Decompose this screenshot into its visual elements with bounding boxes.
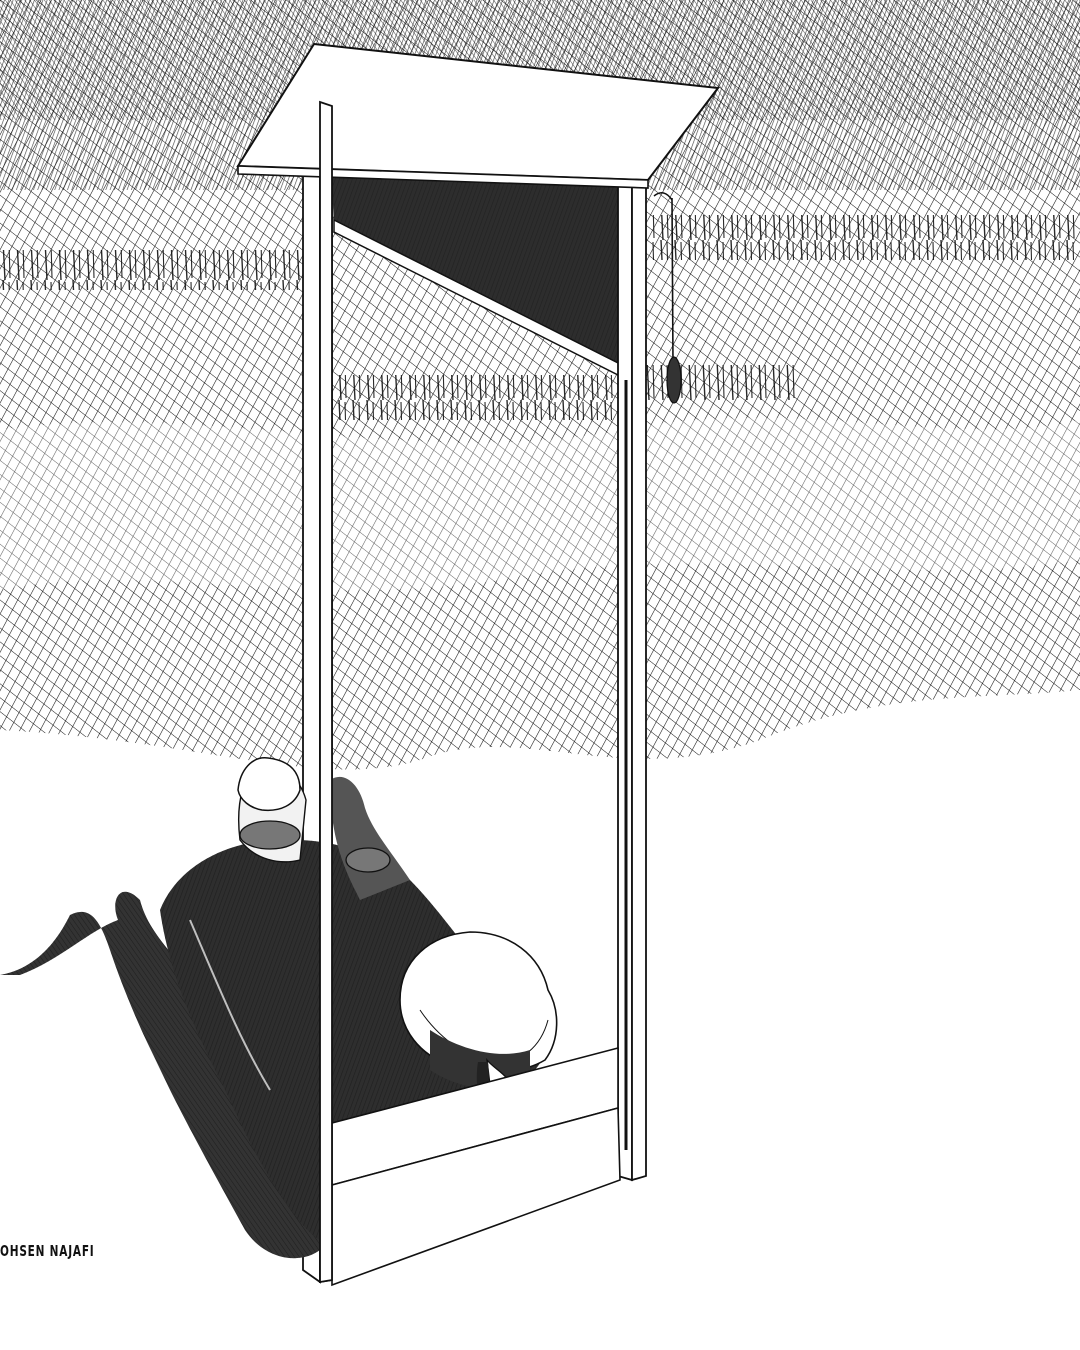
- rope-weight: [667, 357, 681, 403]
- wrist-rope: [240, 821, 300, 849]
- hand: [238, 758, 300, 811]
- artist-signature: OHSEN NAJAFI: [0, 1242, 94, 1260]
- guillotine-illustration: [0, 0, 1080, 1350]
- left-upright-front: [320, 102, 332, 1282]
- right-upright: [618, 125, 646, 1180]
